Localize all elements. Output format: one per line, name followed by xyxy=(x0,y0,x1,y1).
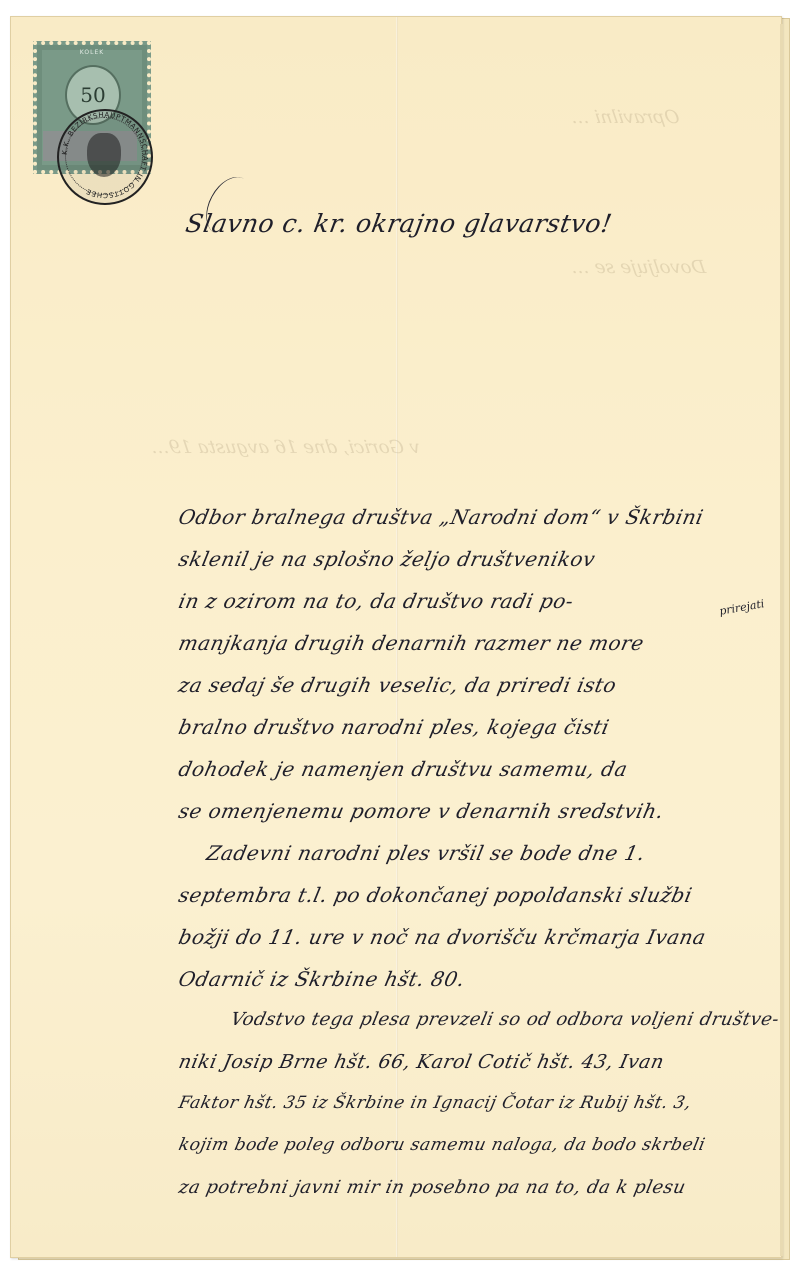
interlinear-insertion: prirejati xyxy=(718,597,765,618)
svg-text:K.K. BEZIRKSHAUPTMANNSCHAFT IN: K.K. BEZIRKSHAUPTMANNSCHAFT IN GOTTSCHEE xyxy=(61,111,149,199)
bleed-through-text: v Gorici, dne 16 avgusta 19… xyxy=(150,437,422,458)
seal-inscription: K.K. BEZIRKSHAUPTMANNSCHAFT IN GOTTSCHEE xyxy=(59,109,151,201)
body-line: Odbor bralnega društva „Narodni dom“ v Š… xyxy=(176,505,705,529)
stamp-top-text: KOLEK xyxy=(47,49,137,56)
official-seal: K.K. BEZIRKSHAUPTMANNSCHAFT IN GOTTSCHEE xyxy=(57,109,153,205)
body-line: manjkanja drugih denarnih razmer ne more xyxy=(176,631,646,655)
body-line: božji do 11. ure v noč na dvorišču krčma… xyxy=(176,925,708,949)
bleed-through-text: Dovoljuje se … xyxy=(570,257,708,278)
body-line: septembra t.l. po dokončanej popoldanski… xyxy=(176,883,694,907)
body-line: Faktor hšt. 35 iz Škrbine in Ignacij Čot… xyxy=(177,1093,693,1113)
body-line: Odarnič iz Škrbine hšt. 80. xyxy=(176,967,467,991)
body-line: Vodstvo tega plesa prevzeli so od odbora… xyxy=(229,1009,781,1030)
body-line: Zadevni narodni ples vršil se bode dne 1… xyxy=(204,841,647,865)
salutation: Slavno c. kr. okrajno glavarstvo! xyxy=(183,209,614,238)
body-line: za sedaj še drugih veselic, da priredi i… xyxy=(176,673,618,697)
body-line: se omenjenemu pomore v denarnih sredstvi… xyxy=(176,799,666,823)
page-edge xyxy=(780,24,783,1256)
body-line: za potrebni javni mir in posebno pa na t… xyxy=(177,1177,688,1198)
stamp-value-number: 50 xyxy=(80,83,105,107)
body-line-underlined: bralno društvo narodni ples, kojega čist… xyxy=(176,715,611,739)
body-line: sklenil je na splošno željo društvenikov xyxy=(176,547,597,571)
body-line: bralno društvo narodni ples, kojega čist… xyxy=(176,715,611,739)
body-line: kojim bode poleg odboru samemu naloga, d… xyxy=(177,1135,707,1155)
letter-page: Opravilni … Dovoljuje se … v Gorici, dne… xyxy=(10,16,782,1258)
body-line: niki Josip Brne hšt. 66, Karol Cotič hšt… xyxy=(177,1051,667,1073)
body-line: dohodek je namenjen društvu samemu, da xyxy=(176,757,630,781)
body-line: in z ozirom na to, da društvo radi po- xyxy=(176,589,575,613)
bleed-through-text: Opravilni … xyxy=(570,107,681,128)
